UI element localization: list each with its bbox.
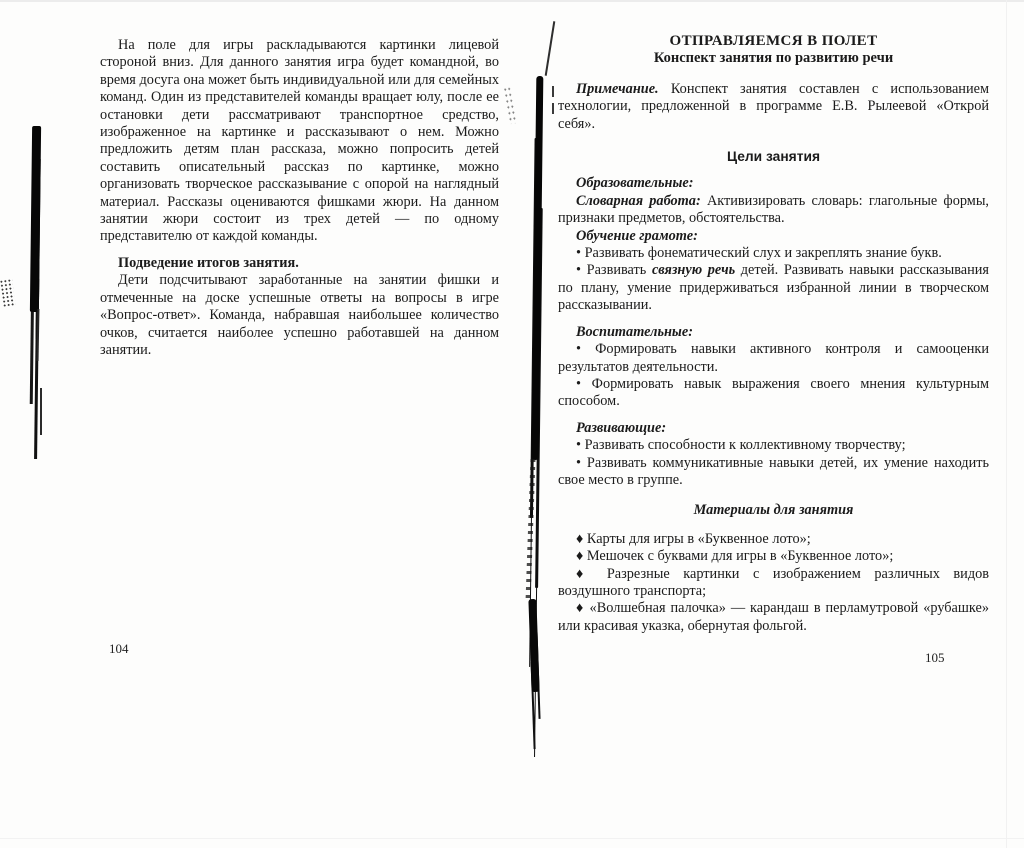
left-paragraph-1: На поле для игры раскладываются картинки… (100, 37, 499, 246)
summary-heading: Подведение итогов занятия. (100, 255, 499, 272)
scan-artifact-dots (503, 86, 517, 125)
developing-bullet-1: • Развивать способности к коллективному … (558, 437, 989, 454)
literacy-bullet-2: • Развивать связную речь детей. Развиват… (558, 262, 989, 314)
literacy-bullet-2-pre: • Развивать (576, 262, 652, 278)
section-label-educational: Образовательные: (558, 175, 989, 192)
material-item: ♦ «Волшебная палочка» — карандаш в перла… (558, 600, 989, 635)
materials-heading: Материалы для занятия (558, 502, 989, 519)
upbringing-bullet-1: • Формировать навыки активного контроля … (558, 341, 989, 376)
material-item: ♦ Мешочек с буквами для игры в «Буквенно… (558, 548, 989, 565)
literacy-bullet-1: • Развивать фонематический слух и закреп… (558, 245, 989, 262)
section-label-upbringing: Воспитательные: (558, 324, 989, 341)
scan-artifact-diagonal-line (545, 21, 556, 76)
page-number-105: 105 (925, 650, 945, 666)
material-item: ♦ Разрезные картинки с изображением разл… (558, 566, 989, 601)
section-label-literacy: Обучение грамоте: (558, 228, 989, 245)
scan-artifact-left-blob (0, 278, 16, 308)
note-paragraph: Примечание. Конспект занятия составлен с… (558, 81, 989, 133)
lesson-subtitle: Конспект занятия по развитию речи (558, 50, 989, 67)
scan-artifact-gutter-lower (528, 599, 539, 692)
note-lead: Примечание. (576, 81, 659, 97)
scan-artifact-left-tail (37, 309, 40, 361)
scan-edge-right (1006, 0, 1007, 848)
upbringing-bullet-2: • Формировать навык выражения своего мне… (558, 376, 989, 411)
vocab-paragraph: Словарная работа: Активизировать словарь… (558, 193, 989, 228)
scan-edge-top (0, 0, 1024, 2)
scan-artifact-left-bar (30, 126, 41, 312)
scan-artifact-left-line (40, 388, 42, 435)
scan-edge-bottom (0, 838, 1024, 839)
literacy-bullet-2-emphasis: связную речь (652, 262, 735, 278)
left-page-column: На поле для игры раскладываются картинки… (100, 37, 499, 359)
vocab-label: Словарная работа: (576, 193, 701, 209)
scan-artifact-dash (552, 103, 554, 114)
right-page-column: ОТПРАВЛЯЕМСЯ В ПОЛЕТ Конспект занятия по… (558, 33, 989, 635)
section-label-developing: Развивающие: (558, 420, 989, 437)
scan-artifact-gutter-speckle (526, 459, 536, 601)
goals-heading: Цели занятия (558, 148, 989, 165)
material-item: ♦ Карты для игры в «Буквенное лото»; (558, 531, 989, 548)
scan-artifact-gutter-streak (532, 76, 544, 460)
scan-artifact-dash (552, 86, 554, 97)
left-paragraph-2: Дети подсчитывают заработанные на заняти… (100, 272, 499, 359)
developing-bullet-2: • Развивать коммуникативные навыки детей… (558, 455, 989, 490)
lesson-title: ОТПРАВЛЯЕМСЯ В ПОЛЕТ (558, 33, 989, 50)
page-number-104: 104 (109, 641, 129, 657)
